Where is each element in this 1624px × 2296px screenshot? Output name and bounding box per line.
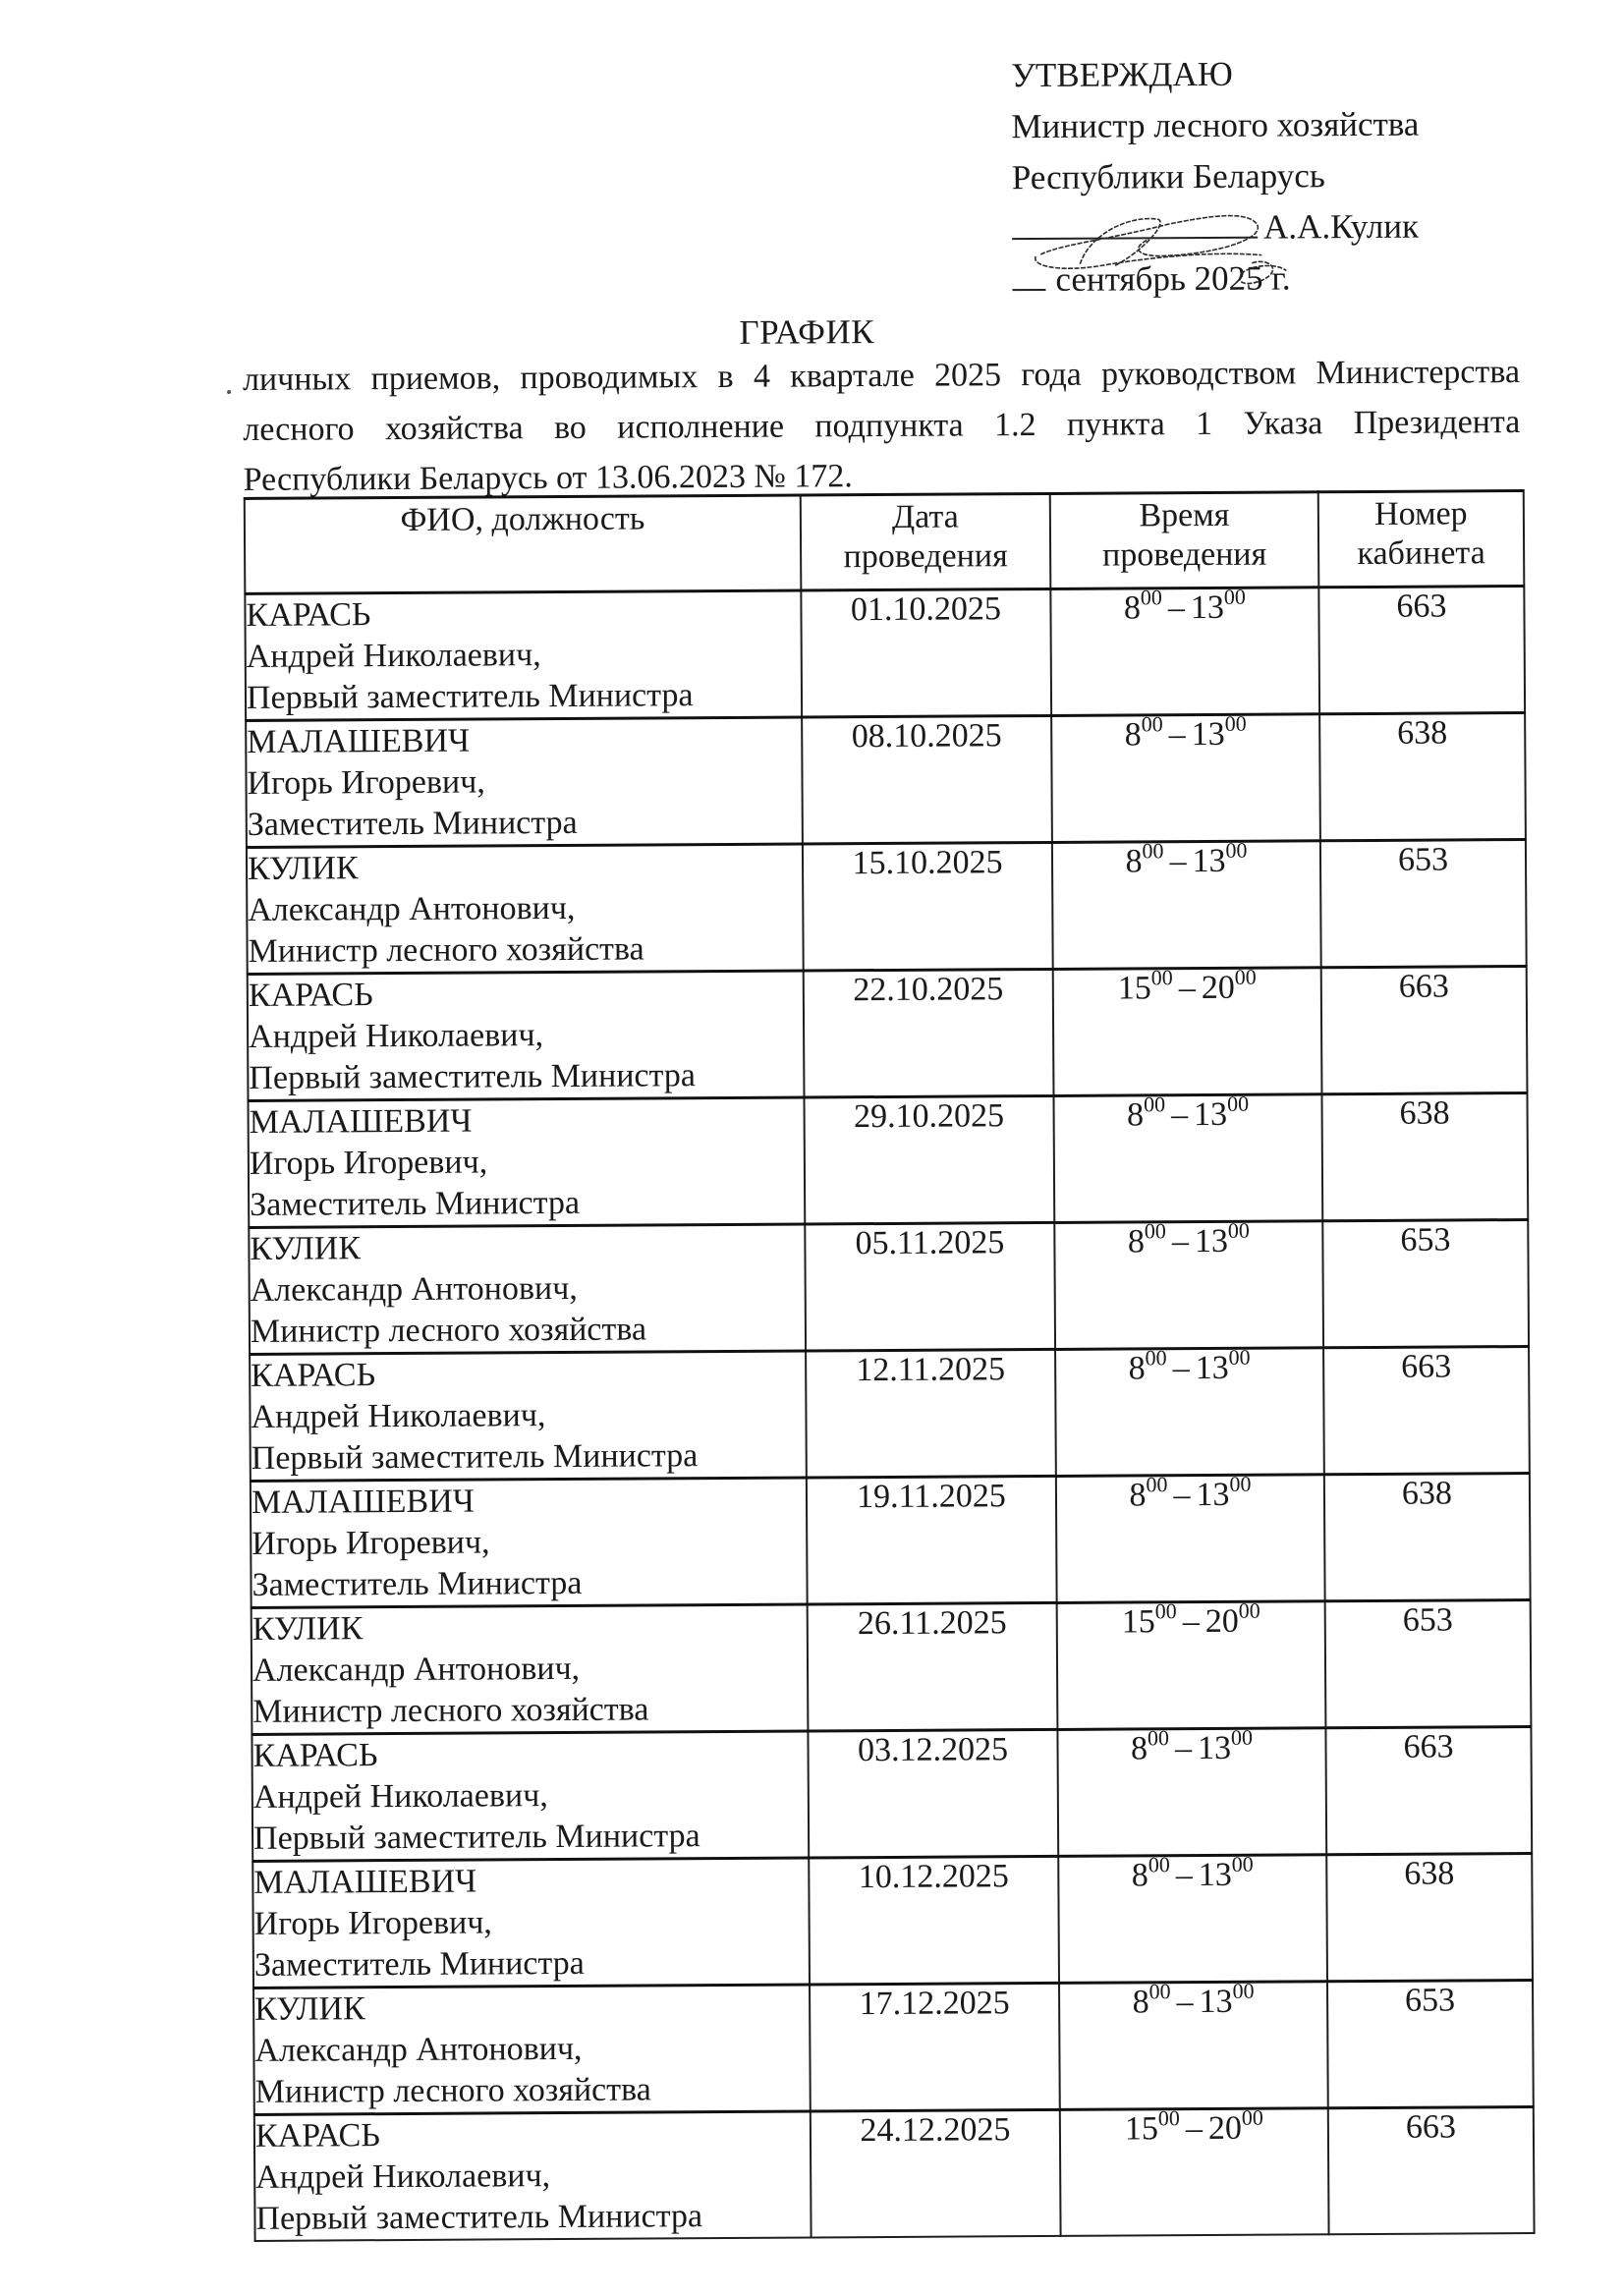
date-cell: 08.10.2025 xyxy=(802,715,1052,844)
date-cell: 19.11.2025 xyxy=(807,1476,1057,1604)
start-minutes: 00 xyxy=(1146,1345,1167,1370)
date-cell: 01.10.2025 xyxy=(801,588,1051,717)
time-separator: – xyxy=(1186,2110,1203,2147)
start-hour: 8 xyxy=(1127,1096,1144,1133)
end-hour: 13 xyxy=(1196,1350,1229,1386)
start-hour: 15 xyxy=(1125,2110,1158,2147)
document-page: УТВЕРЖДАЮ Министр лесного хозяйства Респ… xyxy=(0,0,1624,2296)
surname: МАЛАШЕВИЧ xyxy=(253,1859,808,1903)
time-cell: 800–1300 xyxy=(1055,1348,1324,1477)
end-minutes: 00 xyxy=(1239,1598,1260,1623)
given-names: Андрей Николаевич, xyxy=(251,1393,805,1437)
room-cell: 653 xyxy=(1320,840,1527,968)
end-hour: 13 xyxy=(1191,589,1224,626)
start-hour: 8 xyxy=(1129,1477,1146,1513)
position: Заместитель Министра xyxy=(252,1561,806,1605)
room-cell: 653 xyxy=(1322,1219,1529,1347)
approval-date-line: сентябрь 2025 г. xyxy=(1012,252,1562,306)
end-minutes: 00 xyxy=(1228,1218,1250,1243)
time-cell: 800–1300 xyxy=(1054,1221,1323,1350)
start-hour: 8 xyxy=(1129,1350,1146,1386)
start-minutes: 00 xyxy=(1158,2105,1180,2130)
start-hour: 8 xyxy=(1131,1730,1148,1766)
position: Заместитель Министра xyxy=(254,1941,809,1986)
room-cell: 638 xyxy=(1319,713,1526,841)
surname: КУЛИК xyxy=(252,1605,807,1650)
given-names: Игорь Игоревич, xyxy=(253,1900,808,1944)
time-separator: – xyxy=(1183,1603,1200,1640)
header-date: Датапроведения xyxy=(801,493,1051,590)
given-names: Андрей Николаевич, xyxy=(247,634,801,678)
time-separator: – xyxy=(1171,1096,1188,1133)
room-cell: 638 xyxy=(1326,1853,1533,1981)
end-minutes: 00 xyxy=(1235,965,1257,989)
start-hour: 8 xyxy=(1128,1223,1145,1260)
time-cell: 800–1300 xyxy=(1053,1094,1322,1223)
person-cell: КАРАСЬАндрей Николаевич,Первый заместите… xyxy=(250,1351,807,1481)
end-minutes: 00 xyxy=(1224,585,1246,609)
position: Министр лесного хозяйства xyxy=(255,2068,810,2112)
room-cell: 663 xyxy=(1323,1346,1530,1474)
room-cell: 663 xyxy=(1321,967,1528,1094)
end-hour: 13 xyxy=(1194,1096,1227,1133)
time-separator: – xyxy=(1176,1857,1193,1893)
start-hour: 15 xyxy=(1122,1603,1155,1640)
time-separator: – xyxy=(1175,1730,1192,1766)
room-cell: 638 xyxy=(1324,1473,1531,1600)
end-hour: 13 xyxy=(1192,716,1225,753)
end-hour: 13 xyxy=(1192,843,1225,879)
subtitle-line-1: личных приемов, проводимых в 4 квартале … xyxy=(243,347,1520,405)
date-cell: 17.12.2025 xyxy=(810,1983,1060,2111)
surname: КУЛИК xyxy=(248,846,802,890)
person-cell: МАЛАШЕВИЧИгорь Игоревич,Заместитель Мини… xyxy=(246,717,803,847)
time-separator: – xyxy=(1169,843,1186,879)
approval-date: сентябрь 2025 г. xyxy=(1055,258,1290,298)
table-row: МАЛАШЕВИЧИгорь Игоревич,Заместитель Мини… xyxy=(252,1853,1533,1988)
end-minutes: 00 xyxy=(1229,1472,1251,1496)
person-cell: МАЛАШЕВИЧИгорь Игоревич,Заместитель Мини… xyxy=(251,1478,808,1607)
header-room: Номеркабинета xyxy=(1318,491,1525,588)
given-names: Игорь Игоревич, xyxy=(250,1141,804,1185)
room-cell: 638 xyxy=(1321,1093,1528,1221)
start-minutes: 00 xyxy=(1155,1598,1177,1623)
person-cell: КАРАСЬАндрей Николаевич,Первый заместите… xyxy=(254,2111,812,2241)
date-cell: 26.11.2025 xyxy=(808,1602,1058,1731)
position: Министр лесного хозяйства xyxy=(252,1688,807,1732)
date-cell: 29.10.2025 xyxy=(804,1095,1054,1224)
signature-line: А.А.Кулик xyxy=(1012,200,1562,254)
person-cell: КАРАСЬАндрей Николаевич,Первый заместите… xyxy=(252,1731,809,1861)
time-cell: 800–1300 xyxy=(1052,841,1321,970)
end-minutes: 00 xyxy=(1225,838,1247,863)
surname: МАЛАШЕВИЧ xyxy=(252,1479,806,1523)
approver-position-line-2: Республики Беларусь xyxy=(1012,149,1562,203)
approval-block: УТВЕРЖДАЮ Министр лесного хозяйства Респ… xyxy=(1011,47,1563,306)
start-minutes: 00 xyxy=(1151,965,1173,989)
date-cell: 12.11.2025 xyxy=(806,1349,1056,1478)
table-row: МАЛАШЕВИЧИгорь Игоревич,Заместитель Мини… xyxy=(251,1473,1531,1607)
position: Первый заместитель Министра xyxy=(255,2195,810,2239)
table-row: КАРАСЬАндрей Николаевич,Первый заместите… xyxy=(245,587,1525,721)
signatory-name: А.А.Кулик xyxy=(1263,207,1419,247)
table-row: КУЛИКАлександр Антонович,Министр лесного… xyxy=(247,840,1527,975)
scan-speck xyxy=(227,390,231,394)
given-names: Игорь Игоревич, xyxy=(247,760,801,805)
surname: МАЛАШЕВИЧ xyxy=(250,1099,804,1144)
end-hour: 13 xyxy=(1200,1984,1233,2020)
end-hour: 20 xyxy=(1208,2110,1242,2147)
start-minutes: 00 xyxy=(1145,1218,1166,1243)
room-cell: 653 xyxy=(1325,1599,1532,1727)
table-row: КАРАСЬАндрей Николаевич,Первый заместите… xyxy=(248,967,1528,1101)
header-time: Времяпроведения xyxy=(1050,492,1319,589)
time-cell: 1500–2000 xyxy=(1060,2108,1329,2236)
table-row: КАРАСЬАндрей Николаевич,Первый заместите… xyxy=(252,1726,1532,1861)
time-cell: 800–1300 xyxy=(1059,1982,1328,2110)
end-minutes: 00 xyxy=(1229,1345,1251,1370)
time-separator: – xyxy=(1173,1350,1190,1386)
start-hour: 8 xyxy=(1133,1984,1149,2020)
end-minutes: 00 xyxy=(1231,1725,1253,1750)
table-row: МАЛАШЕВИЧИгорь Игоревич,Заместитель Мини… xyxy=(249,1093,1529,1228)
date-cell: 22.10.2025 xyxy=(804,969,1054,1097)
time-separator: – xyxy=(1168,589,1185,626)
table-row: КУЛИКАлександр Антонович,Министр лесного… xyxy=(249,1219,1529,1354)
date-cell: 15.10.2025 xyxy=(803,842,1053,971)
end-hour: 20 xyxy=(1205,1603,1239,1640)
position: Министр лесного хозяйства xyxy=(251,1308,805,1352)
position: Заместитель Министра xyxy=(248,802,802,846)
time-cell: 800–1300 xyxy=(1057,1728,1326,1857)
given-names: Александр Антонович, xyxy=(248,887,802,931)
start-hour: 8 xyxy=(1132,1857,1148,1893)
table-row: КАРАСЬАндрей Николаевич,Первый заместите… xyxy=(254,2106,1535,2240)
surname: КАРАСЬ xyxy=(252,1732,807,1776)
date-cell: 03.12.2025 xyxy=(808,1729,1058,1858)
given-names: Андрей Николаевич, xyxy=(249,1014,803,1058)
start-minutes: 00 xyxy=(1141,585,1162,609)
given-names: Александр Антонович, xyxy=(251,1266,805,1311)
end-minutes: 00 xyxy=(1225,711,1247,736)
end-minutes: 00 xyxy=(1242,2105,1263,2130)
position: Первый заместитель Министра xyxy=(252,1434,806,1479)
start-minutes: 00 xyxy=(1148,1852,1170,1876)
start-minutes: 00 xyxy=(1148,1979,1170,2003)
person-cell: КУЛИКАлександр Антонович,Министр лесного… xyxy=(247,844,804,974)
start-hour: 8 xyxy=(1124,589,1141,626)
time-separator: – xyxy=(1173,1477,1190,1513)
position: Первый заместитель Министра xyxy=(253,1815,808,1859)
end-hour: 20 xyxy=(1202,970,1235,1006)
date-blank xyxy=(1012,259,1045,291)
person-cell: МАЛАШЕВИЧИгорь Игоревич,Заместитель Мини… xyxy=(252,1858,810,1988)
start-hour: 8 xyxy=(1125,843,1142,879)
time-cell: 800–1300 xyxy=(1050,588,1319,716)
end-hour: 13 xyxy=(1195,1223,1228,1260)
position: Первый заместитель Министра xyxy=(247,675,801,719)
table-row: КУЛИКАлександр Антонович,Министр лесного… xyxy=(252,1599,1532,1734)
room-cell: 663 xyxy=(1328,2106,1535,2234)
given-names: Андрей Николаевич, xyxy=(255,2154,810,2198)
time-cell: 1500–2000 xyxy=(1053,968,1322,1096)
time-cell: 1500–2000 xyxy=(1057,1601,1326,1730)
person-cell: КУЛИКАлександр Антонович,Министр лесного… xyxy=(252,1604,809,1734)
table-row: КАРАСЬАндрей Николаевич,Первый заместите… xyxy=(250,1346,1530,1481)
given-names: Александр Антонович, xyxy=(254,2027,809,2071)
surname: КАРАСЬ xyxy=(246,592,800,637)
start-minutes: 00 xyxy=(1142,838,1163,863)
given-names: Александр Антонович, xyxy=(252,1647,807,1691)
end-minutes: 00 xyxy=(1227,1092,1249,1116)
surname: КАРАСЬ xyxy=(255,2112,810,2156)
room-cell: 663 xyxy=(1325,1726,1532,1854)
start-minutes: 00 xyxy=(1144,1092,1165,1116)
signature-underline xyxy=(1012,207,1258,241)
end-hour: 13 xyxy=(1199,1857,1232,1893)
end-hour: 13 xyxy=(1196,1477,1229,1513)
surname: МАЛАШЕВИЧ xyxy=(247,719,801,763)
table-header-row: ФИО, должность Датапроведения Времяпрове… xyxy=(245,491,1525,594)
room-cell: 653 xyxy=(1327,1980,1534,2107)
table-row: КУЛИКАлександр Антонович,Министр лесного… xyxy=(253,1980,1534,2114)
time-cell: 800–1300 xyxy=(1051,714,1320,843)
room-cell: 663 xyxy=(1318,587,1525,714)
surname: КАРАСЬ xyxy=(251,1352,805,1396)
subtitle-line-2: лесного хозяйства во исполнение подпункт… xyxy=(243,397,1520,455)
time-separator: – xyxy=(1172,1223,1189,1260)
surname: КУЛИК xyxy=(250,1226,804,1270)
date-cell: 05.11.2025 xyxy=(805,1222,1055,1351)
start-hour: 8 xyxy=(1125,716,1142,753)
time-separator: – xyxy=(1179,970,1196,1006)
date-cell: 24.12.2025 xyxy=(811,2109,1061,2237)
approval-heading: УТВЕРЖДАЮ xyxy=(1011,47,1561,101)
given-names: Андрей Николаевич, xyxy=(253,1773,808,1818)
document-subtitle: личных приемов, проводимых в 4 квартале … xyxy=(243,347,1521,505)
position: Первый заместитель Министра xyxy=(249,1055,803,1099)
time-separator: – xyxy=(1169,716,1186,753)
position: Министр лесного хозяйства xyxy=(248,928,802,973)
table-row: МАЛАШЕВИЧИгорь Игоревич,Заместитель Мини… xyxy=(246,713,1526,848)
person-cell: КАРАСЬАндрей Николаевич,Первый заместите… xyxy=(248,971,805,1100)
person-cell: КУЛИКАлександр Антонович,Министр лесного… xyxy=(249,1224,806,1354)
person-cell: МАЛАШЕВИЧИгорь Игоревич,Заместитель Мини… xyxy=(249,1097,806,1227)
end-minutes: 00 xyxy=(1232,1852,1254,1876)
start-hour: 15 xyxy=(1118,970,1151,1006)
time-separator: – xyxy=(1177,1984,1194,2020)
header-person: ФИО, должность xyxy=(245,495,802,593)
surname: КУЛИК xyxy=(254,1986,809,2030)
end-hour: 13 xyxy=(1198,1730,1231,1766)
surname: КАРАСЬ xyxy=(249,973,803,1017)
person-cell: КУЛИКАлександр Антонович,Министр лесного… xyxy=(253,1985,811,2114)
given-names: Игорь Игоревич, xyxy=(252,1520,806,1564)
start-minutes: 00 xyxy=(1146,1472,1167,1496)
start-minutes: 00 xyxy=(1142,711,1163,736)
time-cell: 800–1300 xyxy=(1058,1855,1327,1984)
start-minutes: 00 xyxy=(1148,1725,1169,1750)
time-cell: 800–1300 xyxy=(1056,1475,1325,1603)
position: Заместитель Министра xyxy=(250,1182,804,1226)
approver-position-line-1: Министр лесного хозяйства xyxy=(1011,98,1561,152)
end-minutes: 00 xyxy=(1232,1979,1254,2003)
person-cell: КАРАСЬАндрей Николаевич,Первый заместите… xyxy=(245,590,802,720)
reception-schedule-table: ФИО, должность Датапроведения Времяпрове… xyxy=(244,489,1536,2242)
date-cell: 10.12.2025 xyxy=(809,1856,1059,1985)
